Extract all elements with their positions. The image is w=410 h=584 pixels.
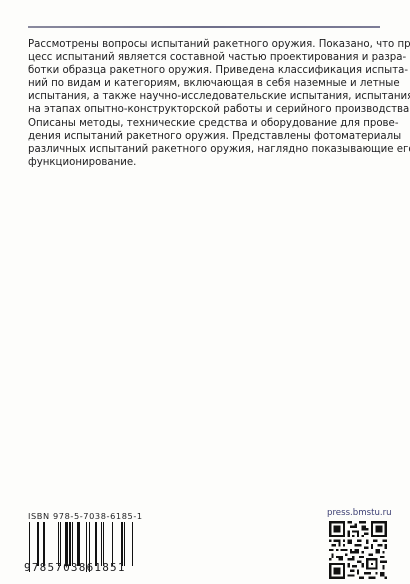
barcode-bar [60, 522, 61, 566]
barcode-bar [103, 522, 104, 566]
annotation-line: цесс испытаний является составной частью… [28, 51, 382, 64]
qr-code-icon[interactable] [329, 521, 387, 579]
barcode-bar [65, 522, 68, 566]
barcode-bar [58, 522, 59, 566]
publisher-url[interactable]: press.bmstu.ru [327, 508, 396, 519]
barcode-bar [43, 522, 44, 566]
annotation-line: Рассмотрены вопросы испытаний ракетного … [28, 38, 382, 51]
barcode-bar [69, 522, 70, 566]
barcode-bar [77, 522, 80, 566]
barcode-bar [37, 522, 40, 566]
barcode-bar [72, 522, 73, 566]
barcode-bar [132, 522, 133, 566]
annotation-line: ний по видам и категориям, включающая в … [28, 77, 382, 90]
annotation-line: на этапах опытно-конструкторской работы … [28, 103, 382, 116]
book-annotation: Рассмотрены вопросы испытаний ракетного … [28, 38, 382, 169]
annotation-line: Описаны методы, технические средства и о… [28, 117, 382, 130]
isbn-block: ISBN 978-5-7038-6185-1 9785703861851 [24, 511, 136, 574]
annotation-line: испытания, а также научно-исследовательс… [28, 90, 382, 103]
barcode-bar [124, 522, 125, 566]
publisher-qr-block: press.bmstu.ru [326, 508, 396, 583]
barcode-digits: 9785703861851 [24, 562, 136, 574]
annotation-line: различных испытаний ракетного оружия, на… [28, 143, 382, 156]
barcode-bar [101, 522, 102, 566]
annotation-line: дения испытаний ракетного оружия. Предст… [28, 130, 382, 143]
barcode-bar [112, 522, 113, 566]
isbn-label: ISBN 978-5-7038-6185-1 [28, 511, 136, 521]
annotation-line: ботки образца ракетного оружия. Приведен… [28, 64, 382, 77]
header-divider [28, 26, 380, 28]
annotation-line: функционирование. [28, 156, 382, 169]
barcode-bar [121, 522, 122, 566]
barcode-bar [95, 522, 96, 566]
